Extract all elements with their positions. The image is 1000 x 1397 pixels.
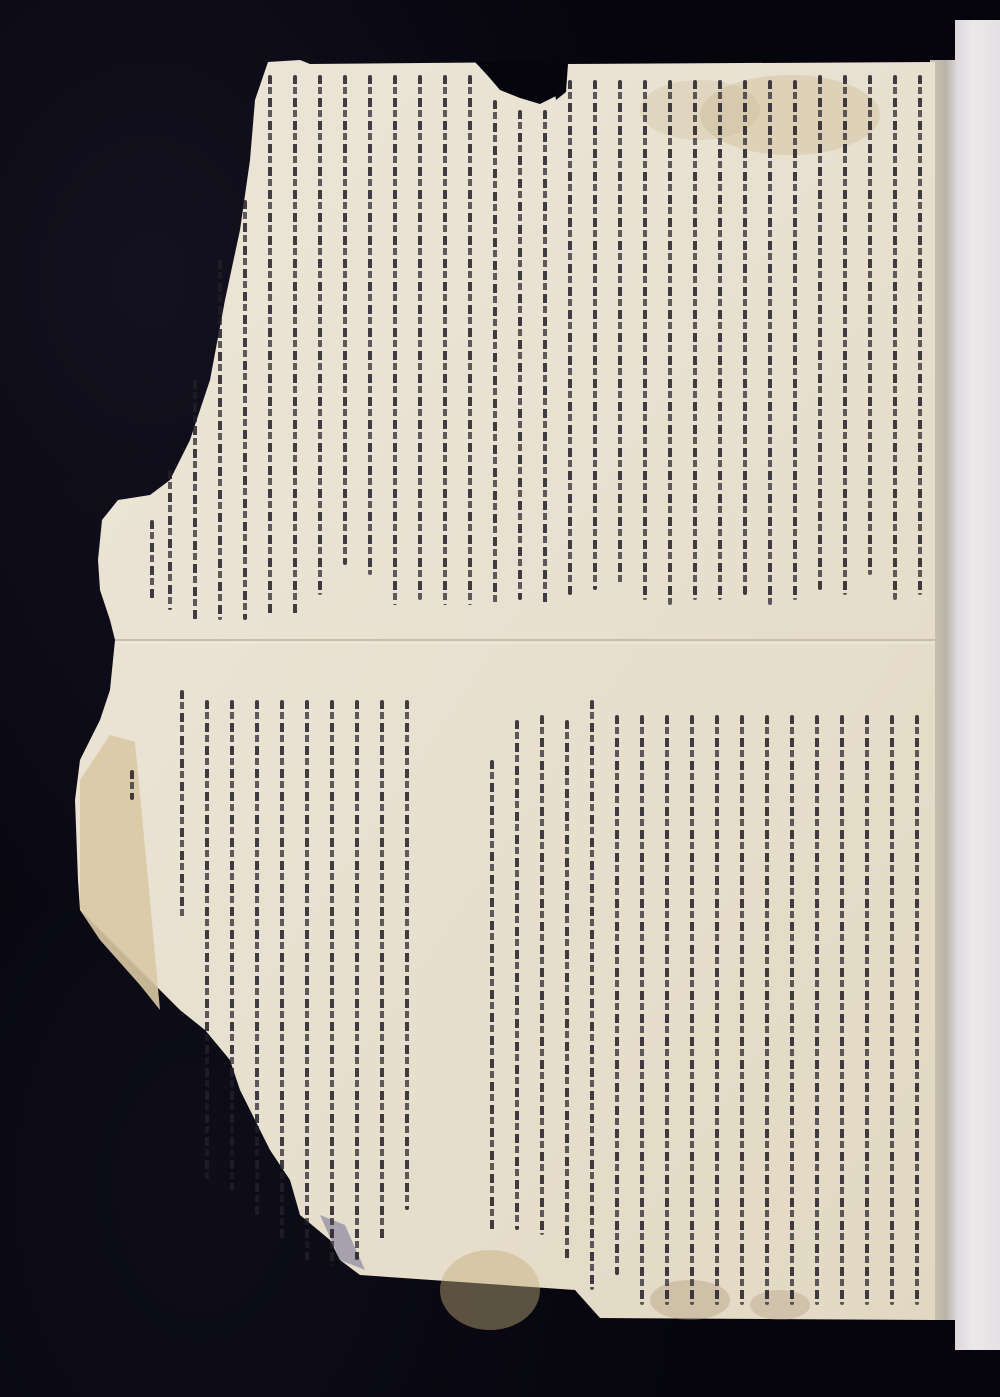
text-line [715,715,719,1305]
text-line [915,715,919,1305]
text-line [840,715,844,1305]
text-line [280,700,284,1240]
text-line [743,80,747,595]
text-line [343,75,347,565]
text-line [255,700,259,1215]
text-line [768,80,772,605]
text-line [468,75,472,605]
parchment-leaf [75,60,935,1320]
text-line [640,715,644,1305]
text-line [443,75,447,605]
text-line [180,690,184,920]
text-line [868,75,872,575]
text-line [380,700,384,1240]
text-line [418,75,422,600]
text-line [618,80,622,585]
text-line [643,80,647,600]
text-line [490,760,494,1230]
text-line [865,715,869,1305]
text-line [168,470,172,610]
text-line [218,260,222,620]
text-line [790,715,794,1305]
text-line [193,380,197,620]
text-line [518,110,522,600]
text-line [515,720,519,1230]
text-line [330,700,334,1265]
text-line [150,520,154,600]
text-line [243,200,247,620]
text-line [593,80,597,590]
water-stain [640,80,760,140]
text-line [565,720,569,1260]
text-line [305,700,309,1260]
text-line [815,715,819,1305]
text-line [230,700,234,1190]
text-line [615,715,619,1275]
text-line [718,80,722,600]
photo-stage [0,0,1000,1397]
text-line [793,80,797,600]
text-line [668,80,672,605]
text-line [355,700,359,1260]
text-line [665,715,669,1305]
text-line [318,75,322,595]
text-line [540,715,544,1235]
text-line [543,110,547,605]
water-stain [750,1290,810,1320]
text-line [590,700,594,1290]
text-line [740,715,744,1305]
text-line [918,75,922,595]
text-line [405,700,409,1210]
text-line [205,700,209,1180]
manuscript-fragment [0,0,1000,1397]
text-line [818,75,822,590]
text-line [393,75,397,605]
text-line [268,75,272,615]
text-line [765,715,769,1305]
text-line [568,80,572,595]
text-line [293,75,297,615]
text-line [890,715,894,1305]
text-line [893,75,897,600]
water-stain [440,1250,540,1330]
text-line [493,100,497,605]
text-line [368,75,372,575]
text-line [693,80,697,600]
text-line [690,715,694,1305]
text-line [843,75,847,595]
text-line [130,770,134,800]
